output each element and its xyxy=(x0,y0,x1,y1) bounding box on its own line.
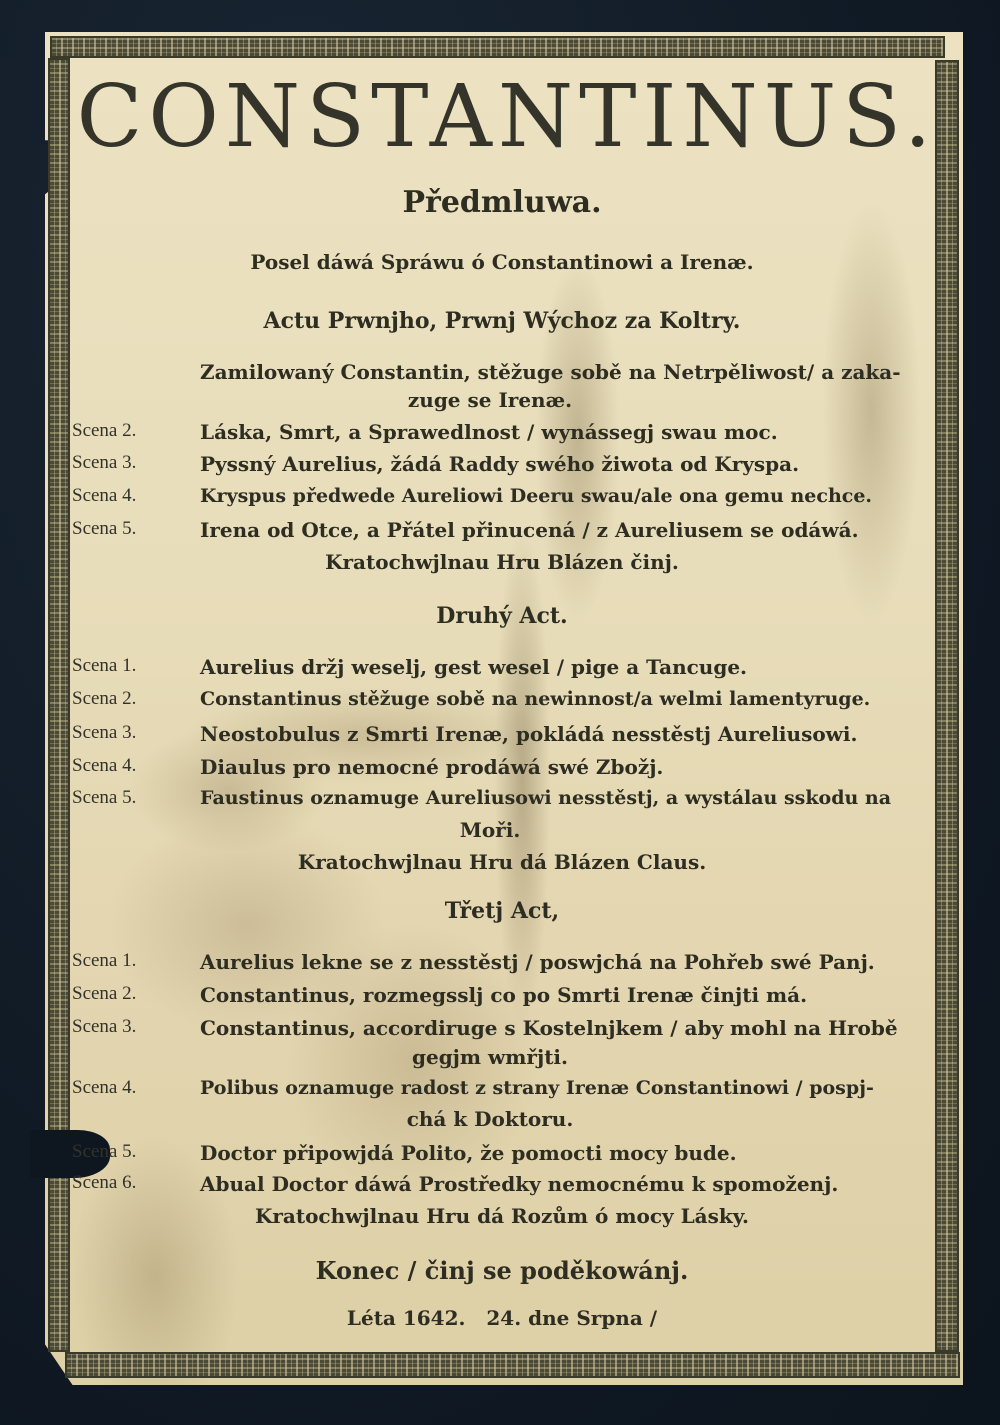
prologue-text: Posel dáwá Spráwu ó Constantinowi a Iren… xyxy=(72,250,932,274)
ornamental-border-bottom xyxy=(65,1352,960,1378)
act-1-scene-1-text: Zamilowaný Constantin, stěžuge sobě na N… xyxy=(200,360,901,384)
act-3-scene-6-text: Abual Doctor dáwá Prostředky nemocnému k… xyxy=(200,1172,838,1196)
act-3-scene-6-label: Scena 6. xyxy=(72,1172,136,1194)
act-2-scene-2-label: Scena 2. xyxy=(72,688,136,710)
ornamental-border-right xyxy=(935,60,959,1352)
act-1-scene-5-label: Scena 5. xyxy=(72,518,136,540)
act-1-scene-3-label: Scena 3. xyxy=(72,452,136,474)
act-3-scene-5-text: Doctor připowjdá Polito, že pomocti mocy… xyxy=(200,1141,737,1165)
act-1-scene-4-label: Scena 4. xyxy=(72,485,136,507)
prologue-heading: Předmluwa. xyxy=(72,185,932,220)
act-3-scene-3-text: Constantinus, accordiruge s Kostelnjkem … xyxy=(200,1016,898,1040)
act-2-scene-5-text: Faustinus oznamuge Aureliusowi nesstěstj… xyxy=(200,787,891,809)
act-2-scene-3-label: Scena 3. xyxy=(72,722,136,744)
act-1-scene-2-text: Láska, Smrt, a Sprawedlnost / wynássegj … xyxy=(200,420,778,444)
act-1-scene-5-text: Irena od Otce, a Přátel přinucená / z Au… xyxy=(200,518,859,542)
act-3-scene-2-label: Scena 2. xyxy=(72,983,136,1005)
act-3-scene-4-text: Polibus oznamuge radost z strany Irenæ C… xyxy=(200,1077,874,1099)
act-2-interlude: Kratochwjlnau Hru dá Blázen Claus. xyxy=(72,850,932,874)
closing-date: Léta 1642. 24. dne Srpna / xyxy=(72,1306,932,1330)
act-1-scene-4-text: Kryspus předwede Aureliowi Deeru swau/al… xyxy=(200,485,872,507)
act-1-scene-3-text: Pyssný Aurelius, žádá Raddy swého žiwota… xyxy=(200,452,799,476)
page-title: CONSTANTINUS. xyxy=(72,72,942,162)
act-2-scene-3-text: Neostobulus z Smrti Irenæ, pokládá nesst… xyxy=(200,722,857,746)
act-3-scene-2-text: Constantinus, rozmegsslj co po Smrti Ire… xyxy=(200,983,807,1007)
act-3-interlude: Kratochwjlnau Hru dá Rozům ó mocy Lásky. xyxy=(72,1204,932,1228)
act-3-scene-4-cont: chá k Doktoru. xyxy=(60,1107,920,1131)
ornamental-border-top xyxy=(50,36,945,58)
act-2-scene-5-cont: Moři. xyxy=(60,818,920,842)
act-2-scene-4-text: Diaulus pro nemocné prodáwá swé Zbožj. xyxy=(200,755,663,779)
act-1-interlude: Kratochwjlnau Hru Blázen činj. xyxy=(72,550,932,574)
act-3-scene-4-label: Scena 4. xyxy=(72,1077,136,1099)
act-1-scene-2-label: Scena 2. xyxy=(72,420,136,442)
act-2-scene-1-text: Aurelius držj weselj, gest wesel / pige … xyxy=(200,655,747,679)
act-3-scene-1-text: Aurelius lekne se z nesstěstj / poswjchá… xyxy=(200,950,875,974)
act-2-scene-4-label: Scena 4. xyxy=(72,755,136,777)
act-3-heading: Třetj Act, xyxy=(72,898,932,924)
closing-text: Konec / činj se poděkowánj. xyxy=(72,1256,932,1285)
act-1-scene-1-cont: zuge se Irenæ. xyxy=(60,388,920,412)
act-2-heading: Druhý Act. xyxy=(72,603,932,629)
act-1-heading: Actu Prwnjho, Prwnj Wýchoz za Koltry. xyxy=(72,308,932,334)
act-3-scene-5-label: Scena 5. xyxy=(72,1141,136,1163)
act-2-scene-1-label: Scena 1. xyxy=(72,655,136,677)
act-2-scene-5-label: Scena 5. xyxy=(72,787,136,809)
act-3-scene-3-cont: gegjm wmřjti. xyxy=(60,1045,920,1069)
act-2-scene-2-text: Constantinus stěžuge sobě na newinnost/a… xyxy=(200,688,870,710)
act-3-scene-3-label: Scena 3. xyxy=(72,1016,136,1038)
act-3-scene-1-label: Scena 1. xyxy=(72,950,136,972)
